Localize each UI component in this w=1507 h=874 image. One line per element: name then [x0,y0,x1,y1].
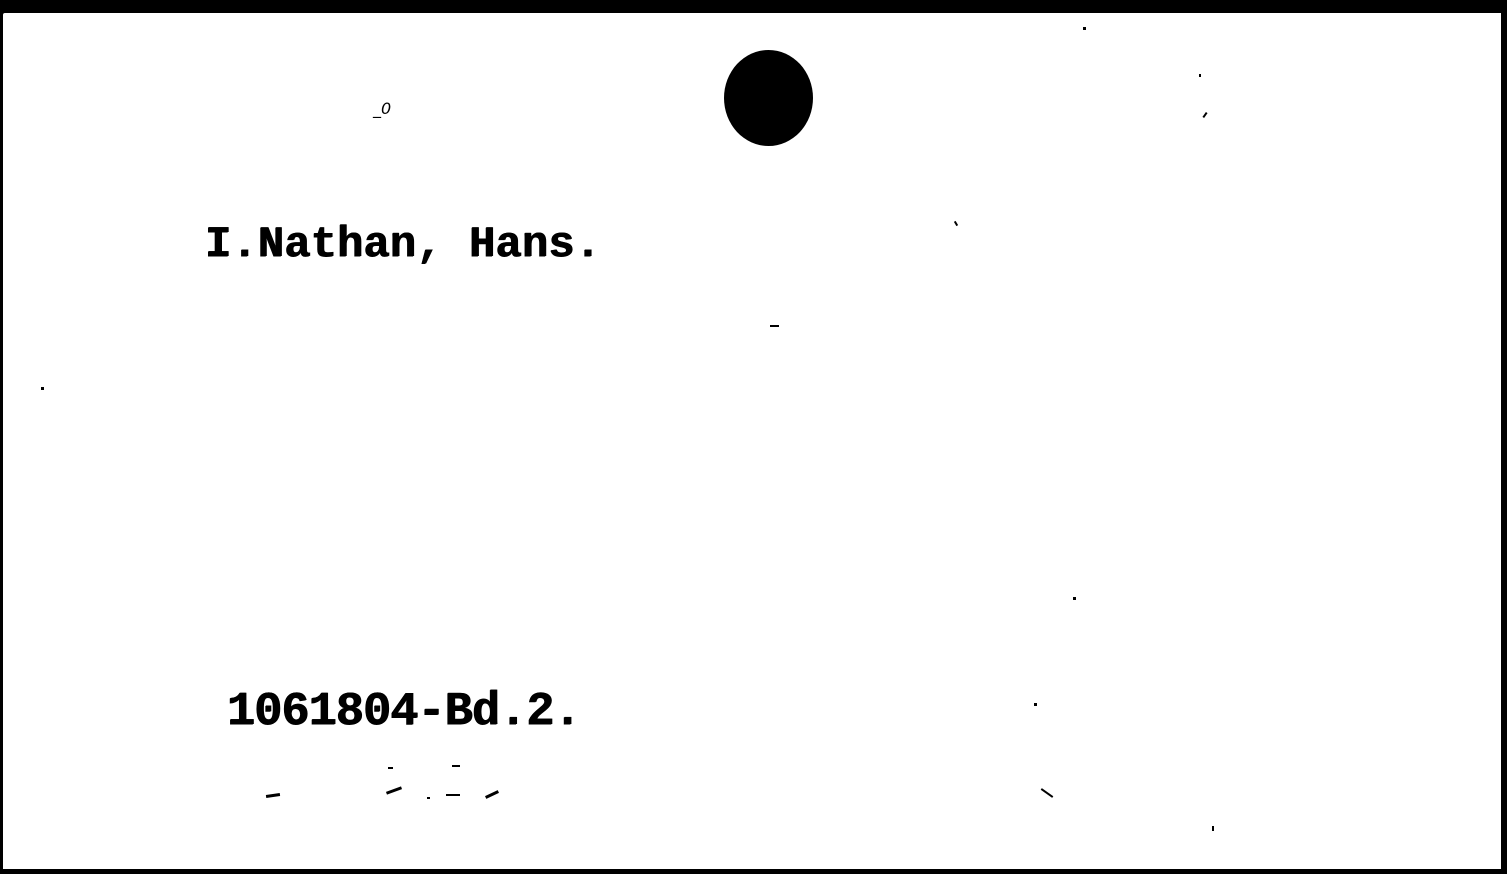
scan-speck [446,794,460,796]
catalog-number: 1061804-Bd.2. [227,686,581,739]
scan-speck [770,325,779,327]
scan-speck [1034,703,1037,706]
scan-speck [1202,112,1207,118]
scan-speck [1073,597,1076,600]
scan-speck [485,790,499,799]
pencil-mark: _0 [373,99,391,118]
scan-speck [1041,788,1054,798]
scan-speck [1199,74,1201,77]
scan-speck [1083,27,1086,30]
scan-speck [954,221,958,226]
punch-hole [724,50,813,146]
scan-speck [452,765,460,767]
scan-speck [388,767,393,769]
scan-speck [266,793,280,798]
scan-speck [427,797,430,799]
index-card: _0 I.Nathan, Hans. 1061804-Bd.2. [3,13,1501,869]
scan-speck [386,786,402,794]
name-entry: I.Nathan, Hans. [205,220,601,270]
scan-speck [41,387,44,390]
scan-speck [1212,826,1214,831]
